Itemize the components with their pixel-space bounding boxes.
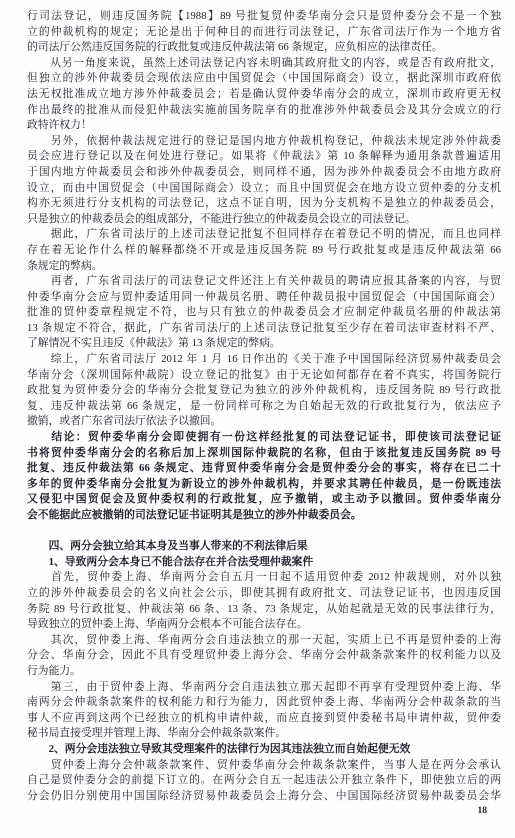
text-line: 行司法登记，则违反国务院【1988】89 号批复贸仲委华南分会只是贸仲委分会不是… <box>27 9 501 25</box>
text-line: 四、两分会独立给其本身及当事人带来的不利法律后果 <box>27 539 501 555</box>
text-line: 多年的贸仲委华南分会批复为新设立的涉外仲裁机构，并要求其聘任仲裁员，是一份既违法 <box>27 477 501 493</box>
blank-line <box>27 524 501 540</box>
text-line: 2、两分会违法独立导致其受理案件的法律行为因其违法独立而自始起便无效 <box>27 742 501 758</box>
text-line: 法无权批准成立地方涉外仲裁委员会；若是确认贸仲委华南分会的成立，深圳市政府更无权 <box>27 87 501 103</box>
text-line: 只是独立的仲裁委员会的组成部分，不能进行独立的仲裁委员会设立的司法登记。 <box>27 212 501 228</box>
text-line: 另外，依据仲裁法规定进行的登记是国内地方仲裁机构登记，仲裁法未规定涉外仲裁委 <box>27 134 501 150</box>
text-line: 综上，广东省司法厅 2012 年 1 月 16 日作出的《关于准予中国国际经济贸… <box>27 352 501 368</box>
text-line: 导致独立的贸仲委上海、华南两分会根本不可能合法存在。 <box>27 617 501 633</box>
text-line: 从另一角度来说，虽然上述司法登记内容未明确其政府批文的内容，或是否有政府批文， <box>27 56 501 72</box>
text-line: 设立，而由中国贸促会（中国国际商会）设立；而且中国贸促会在地方设立贸仲委的分支机 <box>27 181 501 197</box>
text-line: 批准的贸仲委章程规定不符，也与只有独立的仲裁委员会才应制定仲裁员名册的仲裁法第 <box>27 305 501 321</box>
text-line: 但独立的涉外仲裁委员会现依法应由中国贸促会（中国国际商会）设立，据此深圳市政府依 <box>27 71 501 87</box>
text-line: 存在着无论作什么样的解释都绕不开或是违反国务院 89 号行政批复或是违反仲裁法第… <box>27 243 501 259</box>
text-line: 13 条规定不符合，据此，广东省司法厅的上述司法登记批复至少存在着司法审查材料不… <box>27 321 501 337</box>
text-line: 撤销，或者广东省司法厅依法予以撤回。 <box>27 414 501 430</box>
text-line: 务院 89 号行政批复、仲裁法第 66 条、13 条、73 条规定，从始起就是无… <box>27 602 501 618</box>
text-line: 立的涉外仲裁委员会的名义向社会公示，即使其拥有政府批文、司法登记证书，也因违反国 <box>27 586 501 602</box>
text-line: 政批复为贸仲委分会的华南分会批复登记为独立的涉外仲裁机构，违反国务院 89 号行… <box>27 383 501 399</box>
text-line: 据此，广东省司法厅的上述司法登记批复不但同样存在着登记不明的情况，而且也同样 <box>27 227 501 243</box>
page-number: 18 <box>27 806 501 816</box>
document-text: 行司法登记，则违反国务院【1988】89 号批复贸仲委华南分会只是贸仲委分会不是… <box>27 9 501 804</box>
text-line: 再者，广东省司法厅的司法登记文件还注上有关仲裁员的聘请应报其备案的内容，与贸 <box>27 274 501 290</box>
text-line: 分会、华南分会，因此不具有受理贸仲委上海分会、华南分会仲裁条款案件的权利能力以及 <box>27 648 501 664</box>
text-line: 事人不应再到这两个已经独立的机构申请仲裁，而应直接到贸仲委秘书局申请仲裁，贸仲委 <box>27 711 501 727</box>
text-line: 首先，贸仲委上海、华南两分会自五月一日起不适用贸仲委 2012 仲裁规则，对外以… <box>27 570 501 586</box>
text-line: 南两分会仲裁条款案件的权利能力和行为能力，因此贸仲委上海、华南两分会仲裁条款的当 <box>27 695 501 711</box>
text-line: 员会应进行登记以及在何处进行登记。如果将《仲裁法》第 10 条解释为通用条款普遍… <box>27 149 501 165</box>
text-line: 构亦无须进行分支机构的司法登记，这点不证自明，因为分支机构不是独立的仲裁委员会， <box>27 196 501 212</box>
text-line: 秘书局直接受理并管理上海、华南分会仲裁条款案件。 <box>27 726 501 742</box>
text-line: 立的仲裁机构的规定；无论是出于何种目的而进行司法登记，广东省司法厅作为一个地方省 <box>27 25 501 41</box>
text-line: 分会仍旧分别使用中国国际经济贸易仲裁委员会上海分会、中国国际经济贸易仲裁委员会华 <box>27 789 501 805</box>
text-line: 条规定的弊病。 <box>27 259 501 275</box>
text-line: 作出最终的批准从而侵犯仲裁法实施前国务院享有的批准涉外仲裁委员会及其分会成立的行 <box>27 103 501 119</box>
text-line: 书将贸仲委华南分会的名称后加上深圳国际仲裁院的名称，但由于该批复违反国务院 89… <box>27 446 501 462</box>
document-page: 行司法登记，则违反国务院【1988】89 号批复贸仲委华南分会只是贸仲委分会不是… <box>0 0 515 838</box>
text-line: 仲委华南分会应与贸仲委适用同一仲裁员名册、聘任仲裁员报中国贸促会（中国国际商会） <box>27 290 501 306</box>
text-line: 第三，由于贸仲委上海、华南两分会自违法独立那天起即不再享有受理贸仲委上海、华 <box>27 680 501 696</box>
text-line: 于国内地方仲裁委员会和涉外仲裁委员会，则同样不通，因为涉外仲裁委员会不由地方政府 <box>27 165 501 181</box>
text-line: 的司法厅公然违反国务院的行政批复或违反仲裁法第 66 条规定，应负相应的法律责任… <box>27 40 501 56</box>
text-line: 1、导致两分会本身已不能合法存在并合法受理仲裁案件 <box>27 555 501 571</box>
text-line: 贸仲委上海分会仲裁条款案件、贸仲委华南分会仲裁条款案件，当事人是在两分会承认 <box>27 758 501 774</box>
text-line: 了解情况不实且违反《仲裁法》第 13 条规定的弊病。 <box>27 336 501 352</box>
text-line: 结论：贸仲委华南分会即使拥有一份这样经批复的司法登记证书，即使该司法登记证 <box>27 430 501 446</box>
text-line: 会不能据此应被撤销的司法登记证书证明其是独立的涉外仲裁委员会。 <box>27 508 501 524</box>
text-line: 其次，贸仲委上海、华南两分会自违法独立的那一天起，实质上已不再是贸仲委的上海 <box>27 633 501 649</box>
text-line: 华南分会（深圳国际仲裁院）设立登记的批复》由于无论如何都存在着不真实，将国务院行 <box>27 368 501 384</box>
text-line: 又侵犯中国贸促会及贸仲委权利的行政批复，应予撤销，或主动予以撤回。贸仲委华南分 <box>27 492 501 508</box>
text-line: 行为能力。 <box>27 664 501 680</box>
text-line: 批复、违反仲裁法第 66 条规定、违背贸仲委华南分会是贸仲委分会的事实，将存在已… <box>27 461 501 477</box>
text-line: 政特许权力！ <box>27 118 501 134</box>
text-line: 自己是贸仲委分会的前提下订立的。在两分会自五一起违法公开独立条件下，即使独立后的… <box>27 773 501 789</box>
text-line: 复、违反仲裁法第 66 条规定，是一份同样可称之为自始起无效的行政批复行为，依法… <box>27 399 501 415</box>
